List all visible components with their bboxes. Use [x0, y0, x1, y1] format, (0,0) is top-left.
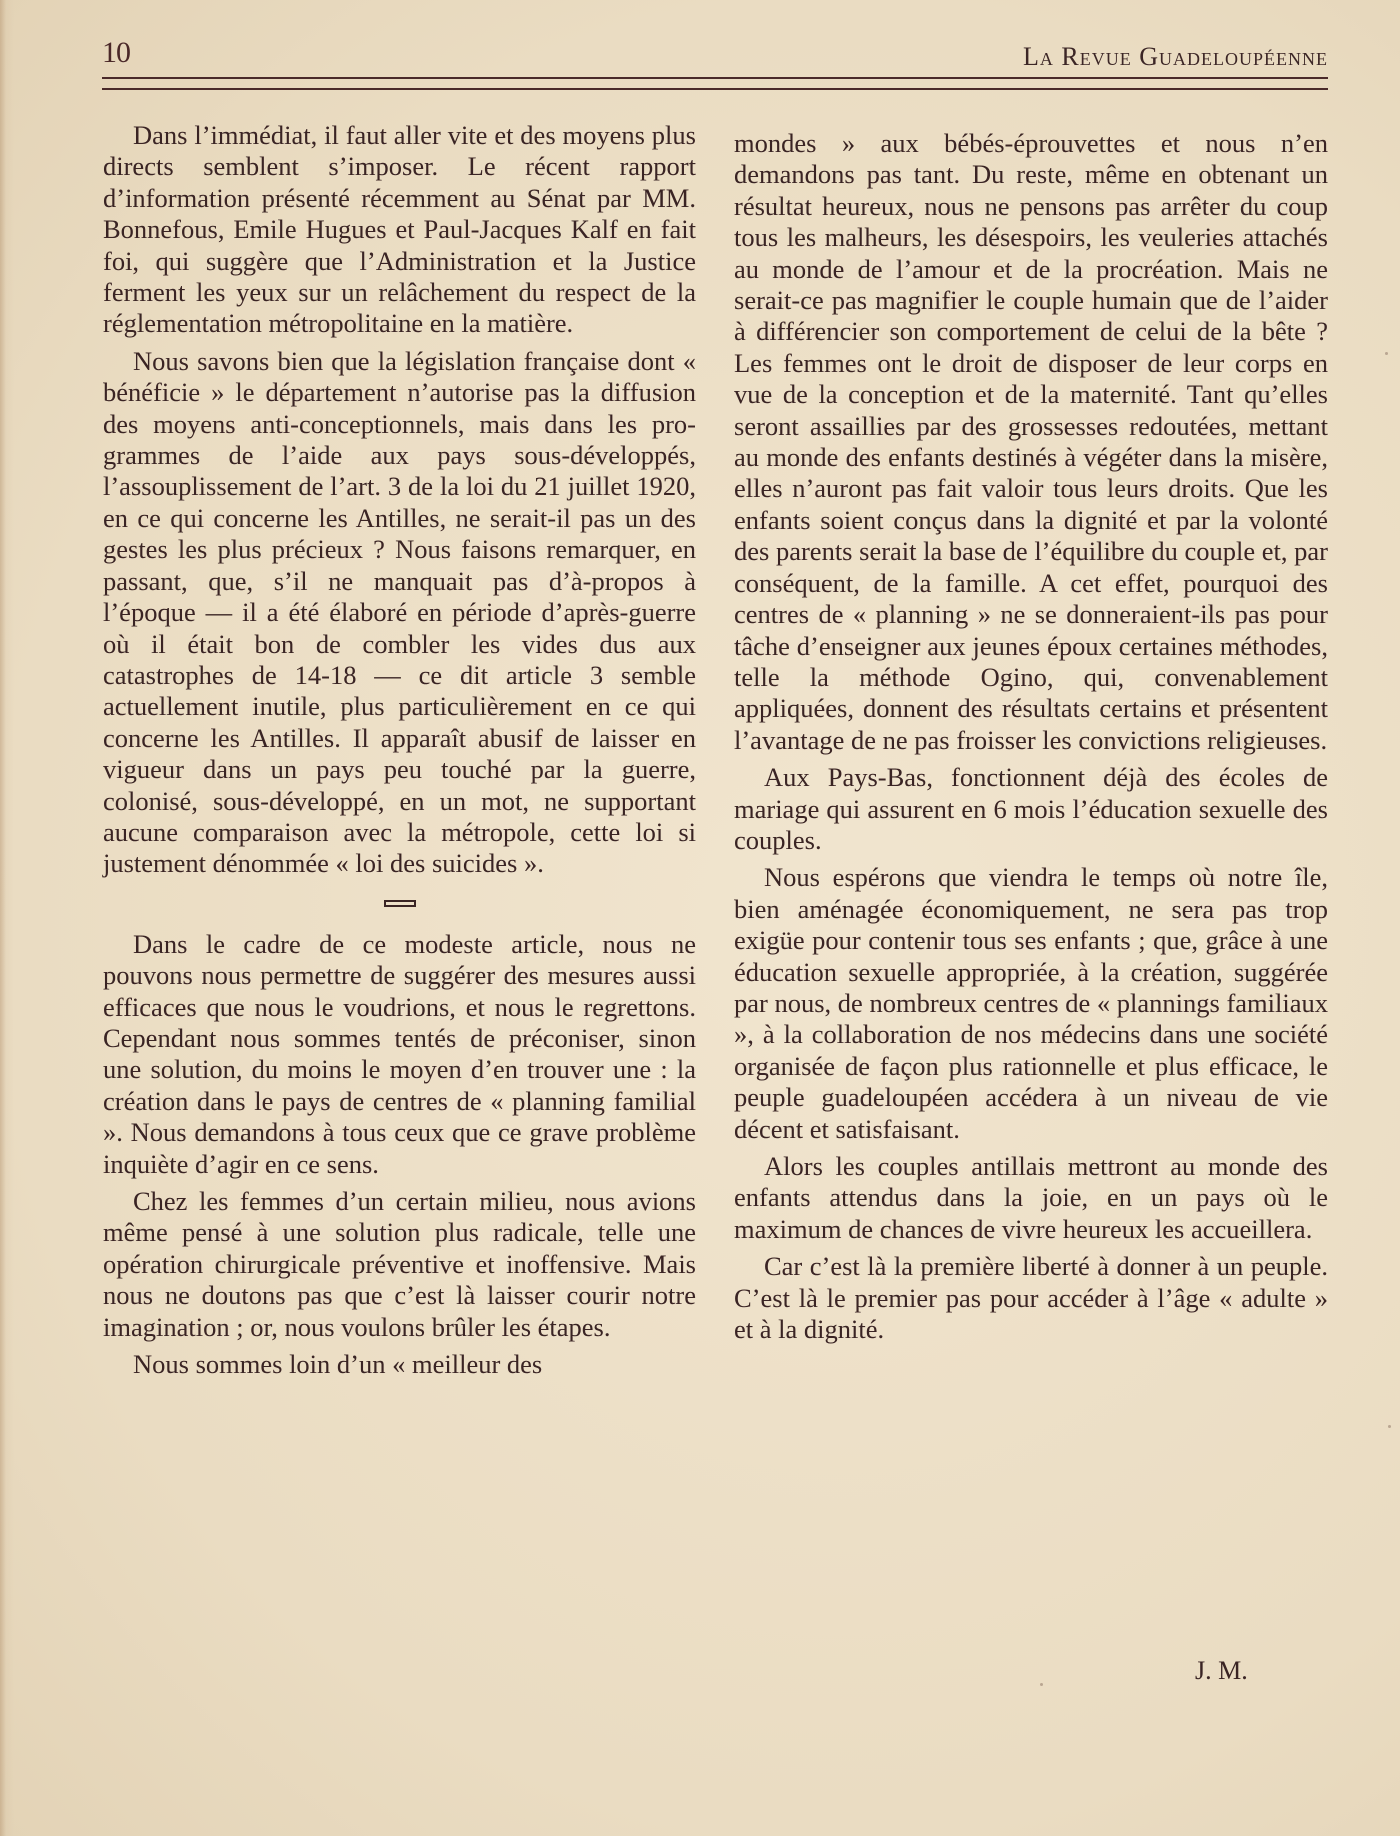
paragraph: Nous savons bien que la législation fran… [103, 346, 696, 880]
paragraph-continuation: mondes » aux bébés-éprouvettes et nous n… [734, 128, 1328, 756]
paragraph: Chez les femmes d’un certain milieu, nou… [103, 1186, 696, 1343]
header-rule-top [102, 77, 1328, 79]
paragraph: Nous espérons que viendra le temps où no… [734, 862, 1328, 1145]
paragraph: Dans le cadre de ce modeste article, nou… [103, 929, 696, 1180]
author-signature: J. M. [1195, 1656, 1248, 1686]
right-column: mondes » aux bébés-éprouvettes et nous n… [734, 128, 1328, 1351]
paper-speck [1388, 1425, 1391, 1428]
paragraph: Aux Pays-Bas, fonctionnent déjà des écol… [734, 762, 1328, 856]
paragraph-continued: Nous sommes loin d’un « meilleur des [103, 1349, 696, 1380]
paragraph: Dans l’immédiat, il faut aller vite et d… [103, 120, 696, 340]
page-header: 10 La Revue Guadeloupéenne [102, 36, 1328, 76]
paper-speck [1385, 352, 1388, 355]
section-separator [384, 900, 416, 907]
paragraph: Alors les couples antillais mettront au … [734, 1151, 1328, 1245]
journal-title: La Revue Guadeloupéenne [1023, 42, 1328, 72]
page-number: 10 [102, 36, 130, 70]
header-rule-bottom [102, 88, 1328, 90]
paragraph: Car c’est là la première liberté à donne… [734, 1251, 1328, 1345]
paper-speck [1040, 1683, 1043, 1686]
left-column: Dans l’immédiat, il faut aller vite et d… [103, 120, 696, 1386]
